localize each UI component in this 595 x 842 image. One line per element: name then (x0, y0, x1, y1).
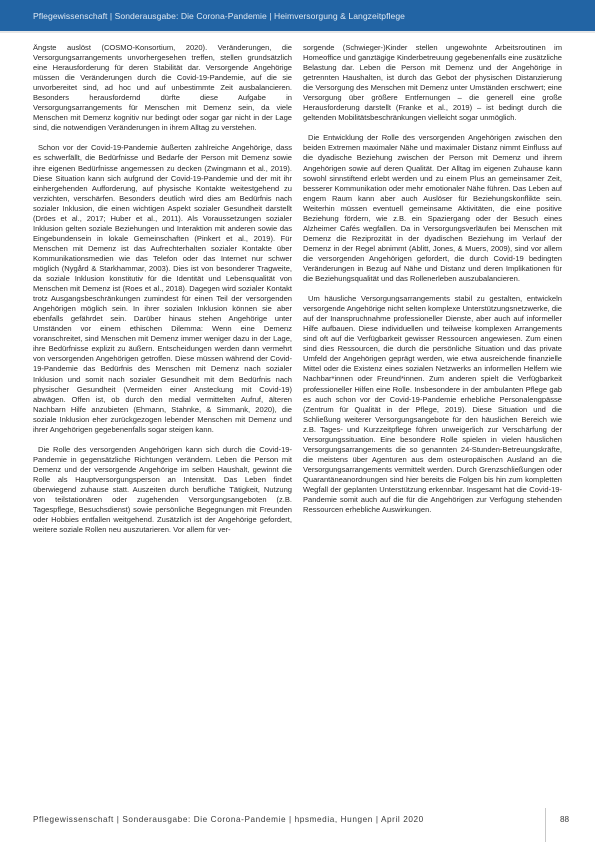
paragraph: Um häusliche Versorgungsarrangements sta… (303, 294, 562, 515)
running-footer: Pflegewissenschaft | Sonderausgabe: Die … (33, 815, 424, 824)
page-number: 88 (560, 815, 569, 824)
text-column-right: sorgende (Schwieger-)Kinder stellen unge… (303, 43, 562, 525)
paragraph: sorgende (Schwieger-)Kinder stellen unge… (303, 43, 562, 123)
paragraph: Die Rolle des versorgenden Angehörigen k… (33, 445, 292, 535)
paragraph: Die Entwicklung der Rolle des versorgend… (303, 133, 562, 284)
running-header-title: Pflegewissenschaft | Sonderausgabe: Die … (33, 11, 405, 21)
running-header: Pflegewissenschaft | Sonderausgabe: Die … (0, 0, 595, 33)
paragraph: Schon vor der Covid-19-Pandemie äußerten… (33, 143, 292, 434)
footer-divider (545, 808, 546, 842)
text-column-left: Ängste auslöst (COSMO-Konsortium, 2020).… (33, 43, 292, 545)
paragraph: Ängste auslöst (COSMO-Konsortium, 2020).… (33, 43, 292, 133)
